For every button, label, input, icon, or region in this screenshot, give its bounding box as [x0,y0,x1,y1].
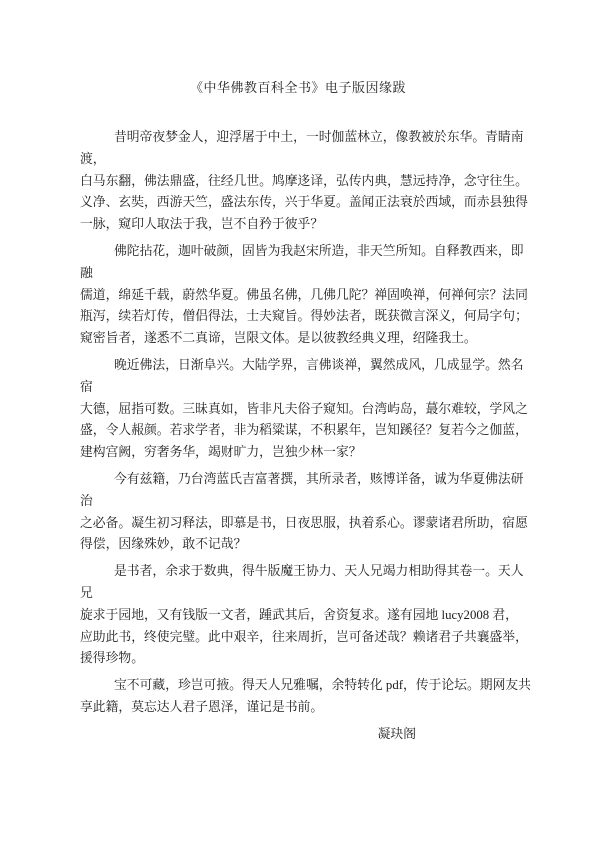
author-signature: 凝玦阁 [80,724,536,746]
paragraph-6: 宝不可藏，珍岂可掖。得天人兄雅嘱，余特转化 pdf，传于论坛。期网友共 享此籍，… [80,675,536,719]
paragraph-2: 佛陀拈花，迦叶破颜，固皆为我赵宋所造，非天竺所知。自释教西来，即融 儒道，绵延千… [80,241,536,350]
document-body: 昔明帝夜梦金人，迎浮屠于中土，一时伽蓝林立，像教被於东华。青睛南渡， 白马东翻，… [80,127,536,746]
document-page: 《中华佛教百科全书》电子版因缘跋 昔明帝夜梦金人，迎浮屠于中土，一时伽蓝林立，像… [0,0,596,842]
document-title: 《中华佛教百科全书》电子版因缘跋 [0,77,596,96]
paragraph-4: 今有兹籍，乃台湾蓝氏吉富著撰，其所录者，赅博详备，诚为华夏佛法研治 之必备。凝生… [80,469,536,556]
paragraph-3: 晚近佛法，日渐阜兴。大陆学界，言佛谈禅，翼然成风，几成显学。然名宿 大德，屈指可… [80,355,536,464]
paragraph-5: 是书者，余求于数典，得牛版魔王协力、天人兄竭力相助得其卷一。天人兄 旋求于园地，… [80,561,536,670]
paragraph-1: 昔明帝夜梦金人，迎浮屠于中土，一时伽蓝林立，像教被於东华。青睛南渡， 白马东翻，… [80,127,536,236]
